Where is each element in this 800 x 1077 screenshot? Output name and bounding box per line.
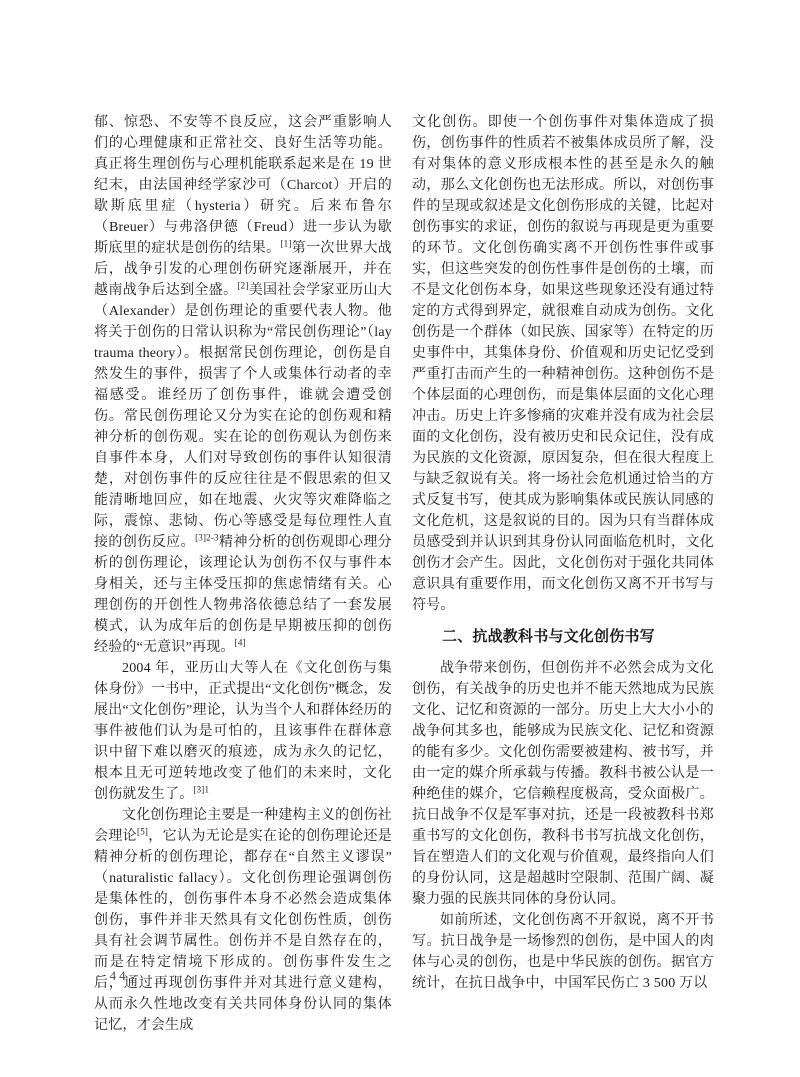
text-run: 郁、惊恐、不安等不良反应，这会严重影响人们的心理健康和正常社交、良好生活等功能。… <box>94 115 392 256</box>
paragraph: 战争带来创伤，但创伤并不必然会成为文化创伤，有关战争的历史也并不能天然地成为民族… <box>412 658 714 910</box>
footnote-ref: [4] <box>235 637 246 647</box>
footnote-ref: [1] <box>280 238 291 248</box>
right-column: 文化创伤。即使一个创伤事件对集体造成了损伤，创伤事件的性质若不被集体成员所了解，… <box>412 112 714 994</box>
text-run: 2004 年，亚历山大等人在《文化创伤与集体身份》一书中，正式提出“文化创伤”概… <box>94 661 392 802</box>
footnote-ref: [3]1 <box>193 784 209 794</box>
text-run: ，它认为无论是实在论的创伤理论还是精神分析的创伤理论，都存在“自然主义谬误”（n… <box>94 829 392 1033</box>
footnote-ref: [3]2-3 <box>195 532 219 542</box>
left-column: 郁、惊恐、不安等不良反应，这会严重影响人们的心理健康和正常社交、良好生活等功能。… <box>94 112 392 1036</box>
text-run: 美国社会学家亚历山大（Alexander）是创伤理论的重要代表人物。他将关于创伤… <box>94 283 392 550</box>
paragraph: 文化创伤。即使一个创伤事件对集体造成了损伤，创伤事件的性质若不被集体成员所了解，… <box>412 112 714 616</box>
paragraph: 如前所述，文化创伤离不开叙说，离不开书写。抗日战争是一场惨烈的创伤，是中国人的肉… <box>412 910 714 994</box>
page-number: · 44 · <box>96 968 142 984</box>
paragraph: 文化创伤理论主要是一种建构主义的创伤社会理论[5]，它认为无论是实在论的创伤理论… <box>94 805 392 1036</box>
paragraph: 郁、惊恐、不安等不良反应，这会严重影响人们的心理健康和正常社交、良好生活等功能。… <box>94 112 392 658</box>
paragraph: 2004 年，亚历山大等人在《文化创伤与集体身份》一书中，正式提出“文化创伤”概… <box>94 658 392 805</box>
text-run: 战争带来创伤，但创伤并不必然会成为文化创伤，有关战争的历史也并不能天然地成为民族… <box>412 661 714 907</box>
footnote-ref: [5] <box>137 826 148 836</box>
text-run: 如前所述，文化创伤离不开叙说，离不开书写。抗日战争是一场惨烈的创伤，是中国人的肉… <box>412 913 714 991</box>
text-run: 文化创伤。即使一个创伤事件对集体造成了损伤，创伤事件的性质若不被集体成员所了解，… <box>412 115 714 613</box>
document-page: 郁、惊恐、不安等不良反应，这会严重影响人们的心理健康和正常社交、良好生活等功能。… <box>0 0 800 1077</box>
footnote-ref: [2] <box>237 280 248 290</box>
section-heading: 二、抗战教科书与文化创伤书写 <box>412 626 714 647</box>
